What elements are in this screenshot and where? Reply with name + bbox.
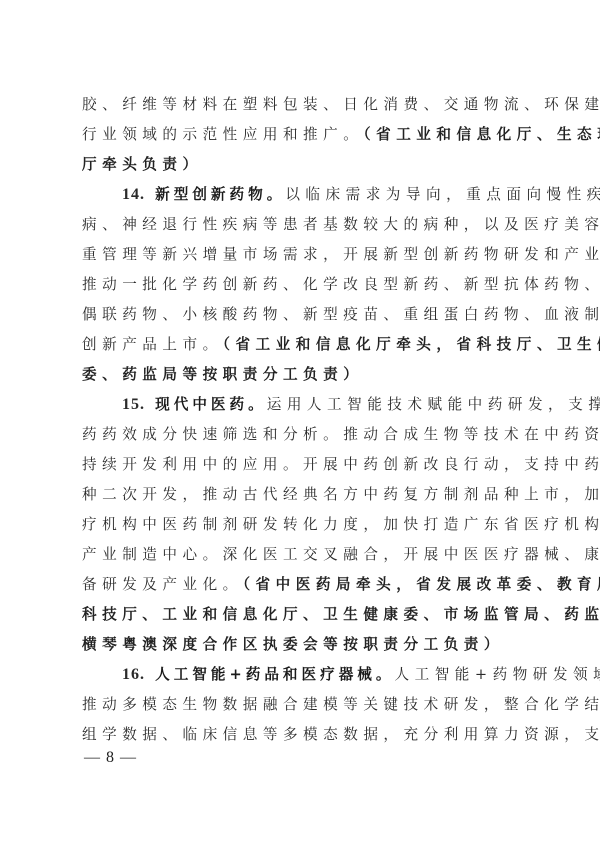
item-title: 人工智能+药品和医疗器械。: [155, 666, 394, 683]
text-line: 偶联药物、小核酸药物、新型疫苗、重组蛋白药物、血液制品等: [82, 300, 524, 330]
item-14-heading-line: 14. 新型创新药物。以临床需求为导向，重点面向慢性疾: [82, 180, 524, 210]
text-line: 横琴粤澳深度合作区执委会等按职责分工负责）: [82, 630, 524, 660]
text-line: 胶、纤维等材料在塑料包装、日化消费、交通物流、环保建材等: [82, 90, 524, 120]
text-line: 病、神经退行性疾病等患者基数较大的病种，以及医疗美容、体: [82, 210, 524, 240]
text-line: 科技厅、工业和信息化厅、卫生健康委、市场监管局、药监局、: [82, 600, 524, 630]
text-line: 行业领域的示范性应用和推广。（省工业和信息化厅、生态环境: [82, 120, 524, 150]
text-line: 创新产品上市。（省工业和信息化厅牵头，省科技厅、卫生健康: [82, 330, 524, 360]
text-line: 推动多模态生物数据融合建模等关键技术研发，整合化学结构、: [82, 690, 524, 720]
responsibility-note: 横琴粤澳深度合作区执委会等按职责分工负责）: [82, 636, 504, 653]
responsibility-note: （省中医药局牵头，省发展改革委、教育厅、: [243, 576, 600, 593]
item-number: 15.: [122, 396, 145, 413]
item-15-heading-line: 15. 现代中医药。运用人工智能技术赋能中药研发，支撑中: [82, 390, 524, 420]
document-page: 胶、纤维等材料在塑料包装、日化消费、交通物流、环保建材等 行业领域的示范性应用和…: [82, 90, 524, 750]
text-segment: 运用人工智能技术赋能中药研发，支撑中: [267, 396, 600, 413]
text-segment: 备研发及产业化。: [82, 576, 243, 593]
responsibility-note: （省工业和信息化厅、生态环境: [363, 126, 600, 143]
text-line: 备研发及产业化。（省中医药局牵头，省发展改革委、教育厅、: [82, 570, 524, 600]
text-line: 厅牵头负责）: [82, 150, 524, 180]
text-segment: 以临床需求为导向，重点面向慢性疾: [285, 186, 600, 203]
responsibility-note: （省工业和信息化厅牵头，省科技厅、卫生健康: [223, 336, 600, 353]
item-number: 16.: [122, 666, 145, 683]
text-segment: 行业领域的示范性应用和推广。: [82, 126, 363, 143]
item-title: 现代中医药。: [155, 396, 267, 413]
responsibility-note: 委、药监局等按职责分工负责）: [82, 366, 363, 383]
responsibility-note: 科技厅、工业和信息化厅、卫生健康委、市场监管局、药监局、: [82, 606, 600, 623]
text-segment: 创新产品上市。: [82, 336, 223, 353]
text-line: 委、药监局等按职责分工负责）: [82, 360, 524, 390]
text-segment: 人工智能+药物研发领域，: [395, 666, 600, 683]
page-number: — 8 —: [84, 749, 137, 767]
responsibility-note: 厅牵头负责）: [82, 156, 203, 173]
item-number: 14.: [122, 186, 145, 203]
text-line: 种二次开发，推动古代经典名方中药复方制剂品种上市，加大医: [82, 480, 524, 510]
text-line: 持续开发利用中的应用。开展中药创新改良行动，支持中药大品: [82, 450, 524, 480]
text-line: 组学数据、临床信息等多模态数据，充分利用算力资源，支撑高: [82, 720, 524, 750]
text-line: 疗机构中医药制剂研发转化力度，加快打造广东省医疗机构制剂: [82, 510, 524, 540]
item-16-heading-line: 16. 人工智能+药品和医疗器械。人工智能+药物研发领域，: [82, 660, 524, 690]
text-line: 产业制造中心。深化医工交叉融合，开展中医医疗器械、康复设: [82, 540, 524, 570]
item-title: 新型创新药物。: [155, 186, 285, 203]
text-line: 推动一批化学药创新药、化学改良型新药、新型抗体药物、抗体: [82, 270, 524, 300]
text-line: 药药效成分快速筛选和分析。推动合成生物等技术在中药资源可: [82, 420, 524, 450]
text-line: 重管理等新兴增量市场需求，开展新型创新药物研发和产业化。: [82, 240, 524, 270]
